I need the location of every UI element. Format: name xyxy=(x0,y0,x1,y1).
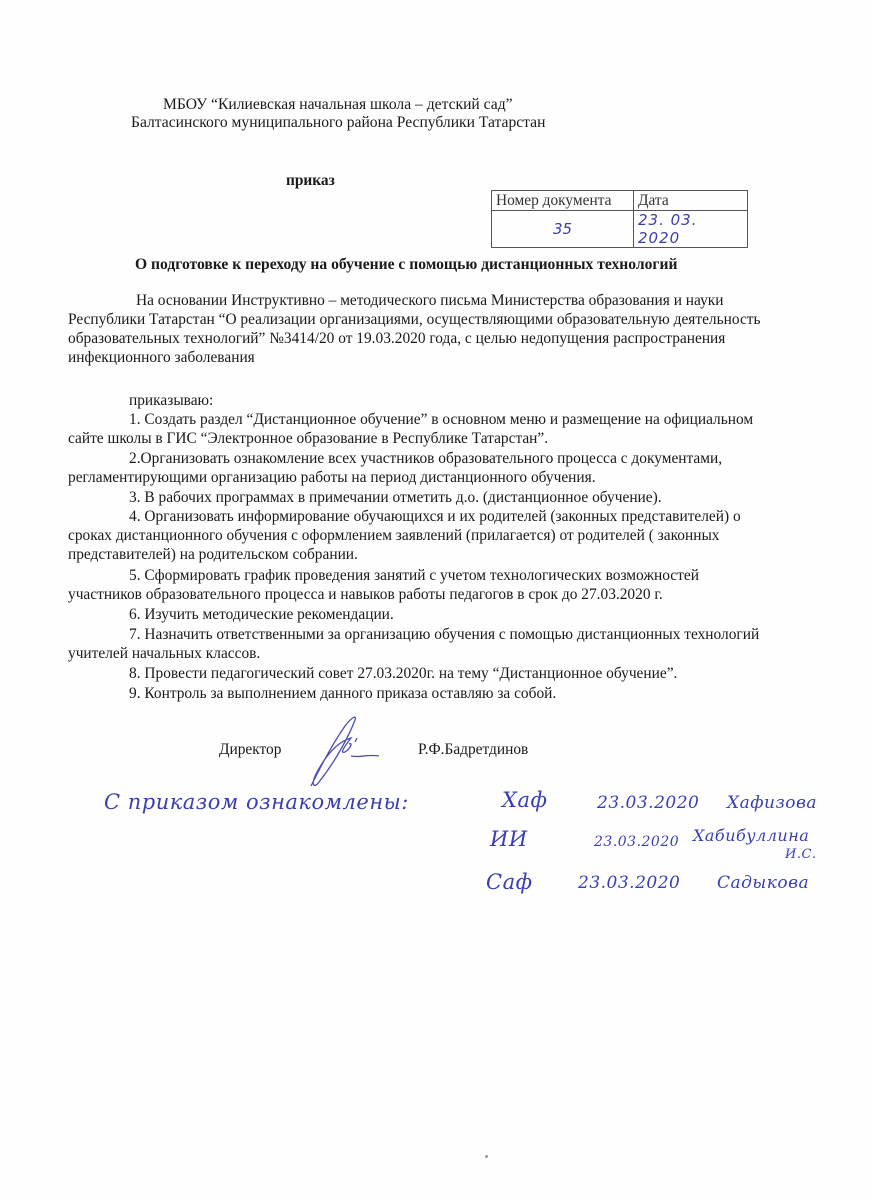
preamble-line: Республики Татарстан “О реализации орган… xyxy=(68,311,761,330)
ack-date-2: 23.03.2020 xyxy=(594,834,679,850)
preamble-line: На основании Инструктивно – методическог… xyxy=(136,292,723,311)
document-number-table: Номер документа Дата 35 23. 03. 2020 xyxy=(491,190,748,248)
order-item-7: 7. Назначить ответственными за организац… xyxy=(129,626,759,645)
director-signature-icon xyxy=(305,712,385,790)
doc-date-value: 23. 03. 2020 xyxy=(634,211,748,248)
order-item-5-cont: участников образовательного процесса и н… xyxy=(68,586,663,605)
ack-signature-1: Хаф xyxy=(502,788,547,812)
order-item-1-cont: сайте школы в ГИС “Электронное образован… xyxy=(68,430,548,449)
document-page: МБОУ “Килиевская начальная школа – детск… xyxy=(0,0,872,1200)
order-item-7-cont: учителей начальных классов. xyxy=(68,645,260,664)
ack-name-2: Хабибуллина xyxy=(693,826,809,845)
order-item-3: 3. В рабочих программах в примечании отм… xyxy=(129,489,662,508)
order-item-1: 1. Создать раздел “Дистанционное обучени… xyxy=(129,411,753,430)
order-item-8: 8. Провести педагогический совет 27.03.2… xyxy=(129,665,677,684)
order-item-5: 5. Сформировать график проведения заняти… xyxy=(129,567,699,586)
ack-signature-2: ИИ xyxy=(490,827,528,851)
ack-name-1: Хафизова xyxy=(727,793,817,813)
order-item-2-cont: регламентирующими организацию работы на … xyxy=(68,469,596,488)
org-name-line1: МБОУ “Килиевская начальная школа – детск… xyxy=(163,96,513,114)
acknowledgement-label: С приказом ознакомлены: xyxy=(104,790,409,814)
doc-number-header: Номер документа xyxy=(492,191,634,211)
document-title: О подготовке к переходу на обучение с по… xyxy=(135,256,677,274)
preamble-line: образовательных технологий” №3414/20 от … xyxy=(68,330,725,349)
signature-name: Р.Ф.Бадретдинов xyxy=(418,741,528,760)
order-item-2: 2.Организовать ознакомление всех участни… xyxy=(129,450,722,469)
ack-date-1: 23.03.2020 xyxy=(597,793,699,813)
signature-position: Директор xyxy=(219,741,281,760)
ack-date-3: 23.03.2020 xyxy=(578,873,680,893)
doc-date-header: Дата xyxy=(634,191,748,211)
order-item-4: 4. Организовать информирование обучающих… xyxy=(129,508,741,527)
order-label: приказ xyxy=(286,172,335,190)
ack-signature-3: Саф xyxy=(486,870,533,894)
order-item-4-cont: представителей) на родительском собрании… xyxy=(68,546,358,565)
doc-number-value: 35 xyxy=(492,211,634,248)
preamble-line: инфекционного заболевания xyxy=(68,349,255,368)
ack-initials-2: И.С. xyxy=(785,847,817,862)
order-item-9: 9. Контроль за выполнением данного прика… xyxy=(129,685,556,704)
org-name-line2: Балтасинского муниципального района Респ… xyxy=(131,114,545,132)
decree-word: приказываю: xyxy=(129,392,213,411)
scan-speck xyxy=(485,1155,488,1158)
order-item-6: 6. Изучить методические рекомендации. xyxy=(129,606,394,625)
order-item-4-cont: сроках дистанционного обучения с оформле… xyxy=(68,527,720,546)
ack-name-3: Садыкова xyxy=(717,873,809,893)
